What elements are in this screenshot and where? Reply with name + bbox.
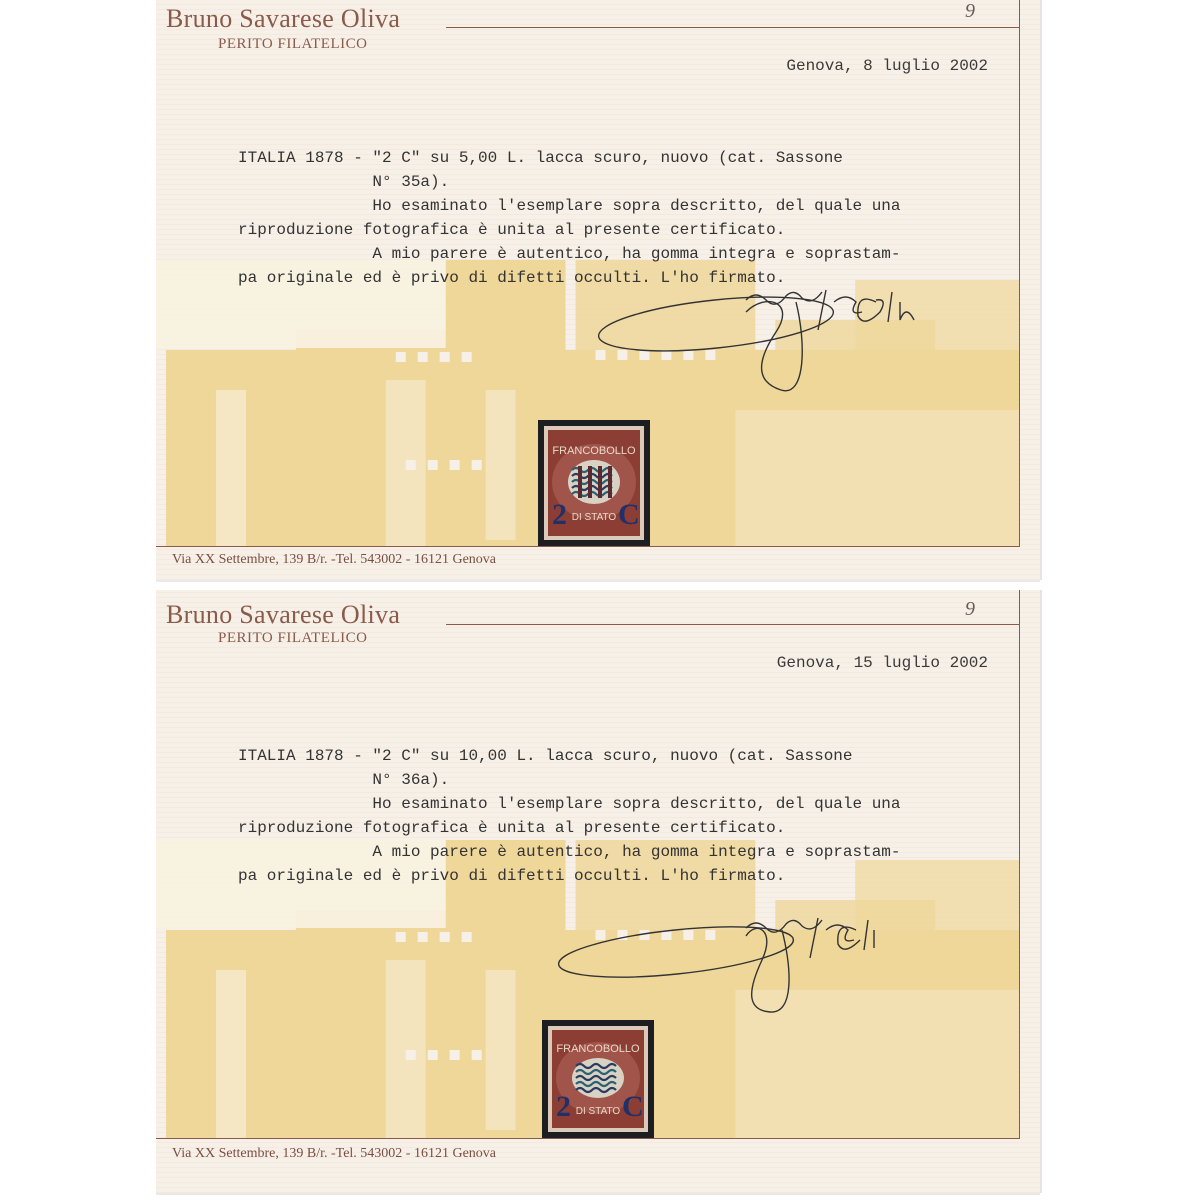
svg-text:DI STATO: DI STATO [572, 512, 617, 523]
body-line: Ho esaminato l'esemplare sopra descritto… [238, 792, 901, 816]
certificate-card: Bruno Savarese Oliva PERITO FILATELICO 9… [156, 0, 1040, 580]
body-line: pa originale ed è privo di difetti occul… [238, 864, 901, 888]
header-rule [446, 27, 1020, 28]
address-footer: Via XX Settembre, 139 B/r. -Tel. 543002 … [172, 1146, 496, 1162]
svg-text:2: 2 [552, 498, 567, 531]
body-line: N° 36a). [238, 768, 901, 792]
address-footer: Via XX Settembre, 139 B/r. -Tel. 543002 … [172, 552, 496, 568]
folio-mark: 9 [965, 598, 975, 621]
certificate-date: Genova, 15 luglio 2002 [777, 654, 988, 672]
certificate-body: ITALIA 1878 - "2 C" su 10,00 L. lacca sc… [238, 744, 901, 888]
folio-mark: 9 [965, 0, 975, 23]
certificate-date: Genova, 8 luglio 2002 [786, 57, 988, 75]
body-line: A mio parere è autentico, ha gomma integ… [238, 242, 901, 266]
expert-title: PERITO FILATELICO [218, 630, 367, 647]
svg-text:DI STATO: DI STATO [576, 1106, 621, 1117]
expert-title: PERITO FILATELICO [218, 36, 367, 53]
certificate-card: Bruno Savarese Oliva PERITO FILATELICO 9… [156, 590, 1040, 1193]
svg-text:2: 2 [556, 1090, 571, 1123]
body-line: riproduzione fotografica è unita al pres… [238, 816, 901, 840]
signature [596, 272, 926, 392]
header-rule [446, 624, 1020, 625]
svg-text:FRANCOBOLLO: FRANCOBOLLO [556, 1043, 640, 1055]
body-line: Ho esaminato l'esemplare sopra descritto… [238, 194, 901, 218]
stamp-photo: FRANCOBOLLO DI STATO 2 C [542, 1020, 654, 1138]
signature [556, 900, 886, 1015]
stamp-photo: FRANCOBOLLO DI STATO 2 C [538, 420, 650, 546]
svg-text:C: C [622, 1090, 644, 1123]
expert-name: Bruno Savarese Oliva [166, 4, 400, 34]
body-line: ITALIA 1878 - "2 C" su 10,00 L. lacca sc… [238, 744, 901, 768]
expert-name: Bruno Savarese Oliva [166, 600, 400, 630]
body-line: ITALIA 1878 - "2 C" su 5,00 L. lacca scu… [238, 146, 901, 170]
svg-text:C: C [618, 498, 640, 531]
body-line: A mio parere è autentico, ha gomma integ… [238, 840, 901, 864]
body-line: N° 35a). [238, 170, 901, 194]
svg-text:FRANCOBOLLO: FRANCOBOLLO [552, 445, 636, 457]
certificate-body: ITALIA 1878 - "2 C" su 5,00 L. lacca scu… [238, 146, 901, 290]
body-line: riproduzione fotografica è unita al pres… [238, 218, 901, 242]
